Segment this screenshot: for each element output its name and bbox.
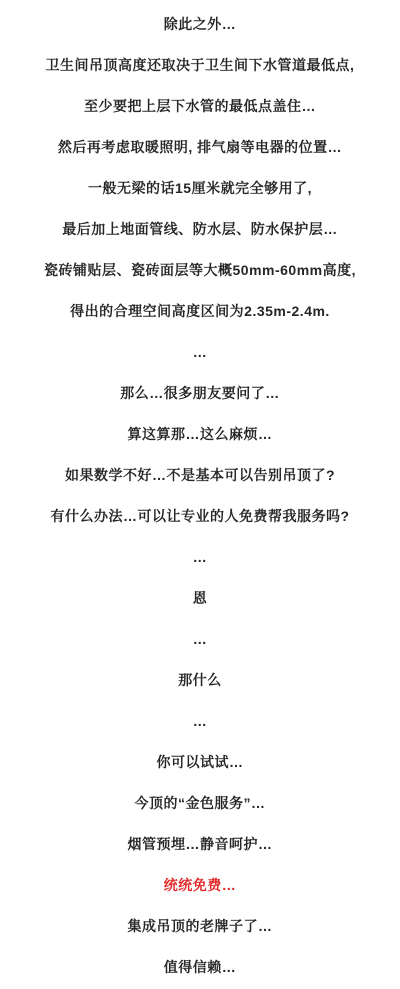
ellipsis-line: … [0,537,400,578]
article-line: 瓷砖铺贴层、瓷砖面层等大概50mm-60mm高度, [0,250,400,291]
article-line: 集成吊顶的老牌子了… [0,906,400,947]
article-line: 除此之外… [0,4,400,45]
article-line: 最后加上地面管线、防水层、防水保护层… [0,209,400,250]
article-body: 除此之外… 卫生间吊顶高度还取决于卫生间下水管道最低点, 至少要把上层下水管的最… [0,0,400,988]
article-line: 算这算那…这么麻烦… [0,414,400,455]
article-line: 有什么办法…可以让专业的人免费帮我服务吗? [0,496,400,537]
article-line: 如果数学不好…不是基本可以告别吊顶了? [0,455,400,496]
article-line: 卫生间吊顶高度还取决于卫生间下水管道最低点, [0,45,400,86]
ellipsis-line: … [0,619,400,660]
article-line: 恩 [0,578,400,619]
article-line: 值得信赖… [0,947,400,988]
ellipsis-line: … [0,701,400,742]
article-line: 然后再考虑取暖照明, 排气扇等电器的位置… [0,127,400,168]
article-line: 那什么 [0,660,400,701]
article-line: 今顶的“金色服务”… [0,783,400,824]
free-service-highlight-line: 统统免费… [0,865,400,906]
ellipsis-line: … [0,332,400,373]
article-line: 得出的合理空间高度区间为2.35m-2.4m. [0,291,400,332]
article-line: 烟管预埋…静音呵护… [0,824,400,865]
article-line: 至少要把上层下水管的最低点盖住… [0,86,400,127]
article-line: 那么…很多朋友要问了… [0,373,400,414]
article-line: 一般无梁的话15厘米就完全够用了, [0,168,400,209]
article-line: 你可以试试… [0,742,400,783]
